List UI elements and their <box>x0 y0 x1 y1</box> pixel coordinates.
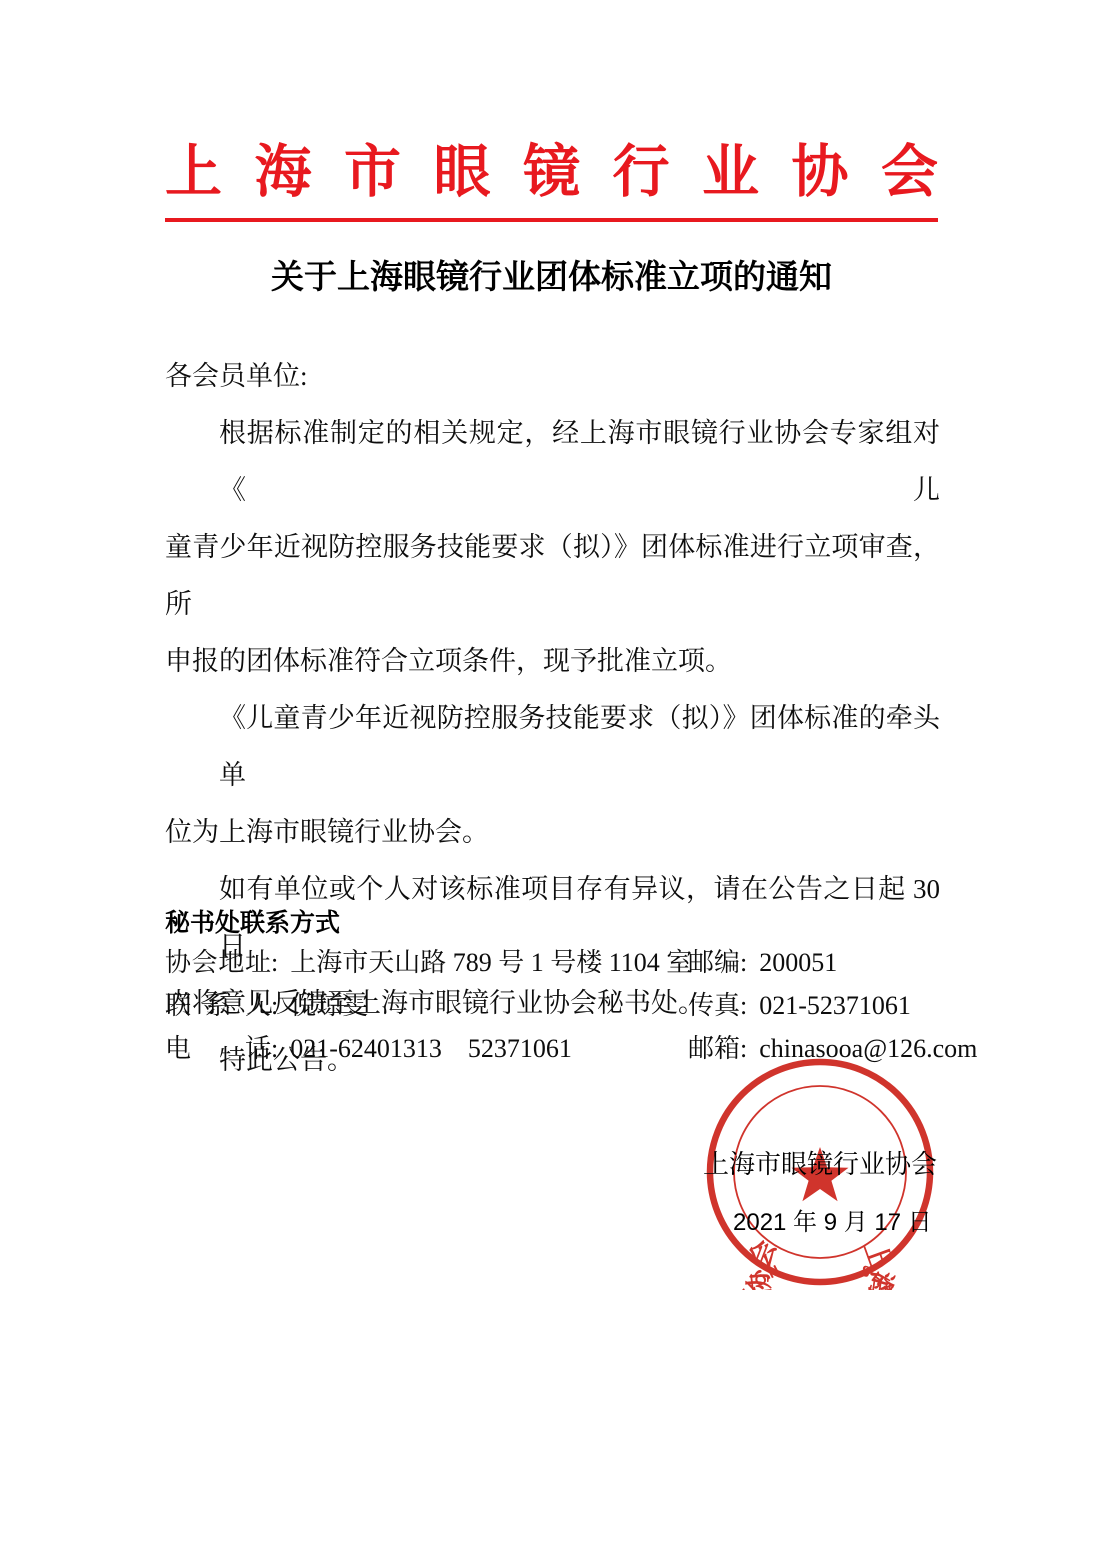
contact-right-column: 邮编:200051 传真:021-52371061 邮箱:chinasooa@1… <box>688 941 1008 1070</box>
official-seal-stamp: SHANGHAI OPTOMETRIC & OPTICAL ASSOCIATIO… <box>702 1054 938 1290</box>
body-line: 申报的团体标准符合立项条件，现予批准立项。 <box>165 633 940 690</box>
contact-colon: : <box>271 948 278 977</box>
body-line: 童青少年近视防控服务技能要求（拟）》团体标准进行立项审查，所 <box>165 519 940 633</box>
contact-colon: : <box>271 991 278 1020</box>
contact-value: 200051 <box>759 948 837 977</box>
contact-label: 协会地址 <box>165 941 271 984</box>
contact-row-fax: 传真:021-52371061 <box>688 984 1008 1027</box>
document-page: 上海市眼镜行业协会 关于上海眼镜行业团体标准立项的通知 各会员单位: 根据标准制… <box>0 0 1102 1559</box>
contact-row-person: 联系人:倪琼雯 <box>165 984 645 1027</box>
contact-value: 021-62401313 52371061 <box>290 1034 572 1063</box>
body-line: 《儿童青少年近视防控服务技能要求（拟）》团体标准的牵头单 <box>165 690 940 804</box>
contact-label: 传真 <box>688 984 740 1027</box>
contact-label: 联系人 <box>165 984 271 1027</box>
contact-row-zipcode: 邮编:200051 <box>688 941 1008 984</box>
letterhead-org-name: 上海市眼镜行业协会 <box>165 139 938 205</box>
letterhead-rule <box>165 218 938 222</box>
contact-colon: : <box>740 991 747 1020</box>
contact-value: 上海市天山路 789 号 1 号楼 1104 室 <box>290 948 692 977</box>
contact-label: 电话 <box>165 1027 271 1070</box>
contact-heading: 秘书处联系方式 <box>165 903 340 939</box>
contact-label: 邮编 <box>688 941 740 984</box>
star-icon <box>792 1147 849 1201</box>
body-line: 根据标准制定的相关规定，经上海市眼镜行业协会专家组对《儿 <box>165 405 940 519</box>
contact-row-address: 协会地址:上海市天山路 789 号 1 号楼 1104 室 <box>165 941 645 984</box>
page-title: 关于上海眼镜行业团体标准立项的通知 <box>165 256 938 298</box>
contact-value: 021-52371061 <box>759 991 911 1020</box>
contact-left-column: 协会地址:上海市天山路 789 号 1 号楼 1104 室 联系人:倪琼雯 电话… <box>165 941 645 1070</box>
contact-colon: : <box>271 1034 278 1063</box>
contact-row-phone: 电话:021-62401313 52371061 <box>165 1027 645 1070</box>
body-line: 各会员单位: <box>165 348 940 405</box>
contact-value: 倪琼雯 <box>290 991 368 1020</box>
body-line: 位为上海市眼镜行业协会。 <box>165 804 940 861</box>
contact-colon: : <box>740 948 747 977</box>
